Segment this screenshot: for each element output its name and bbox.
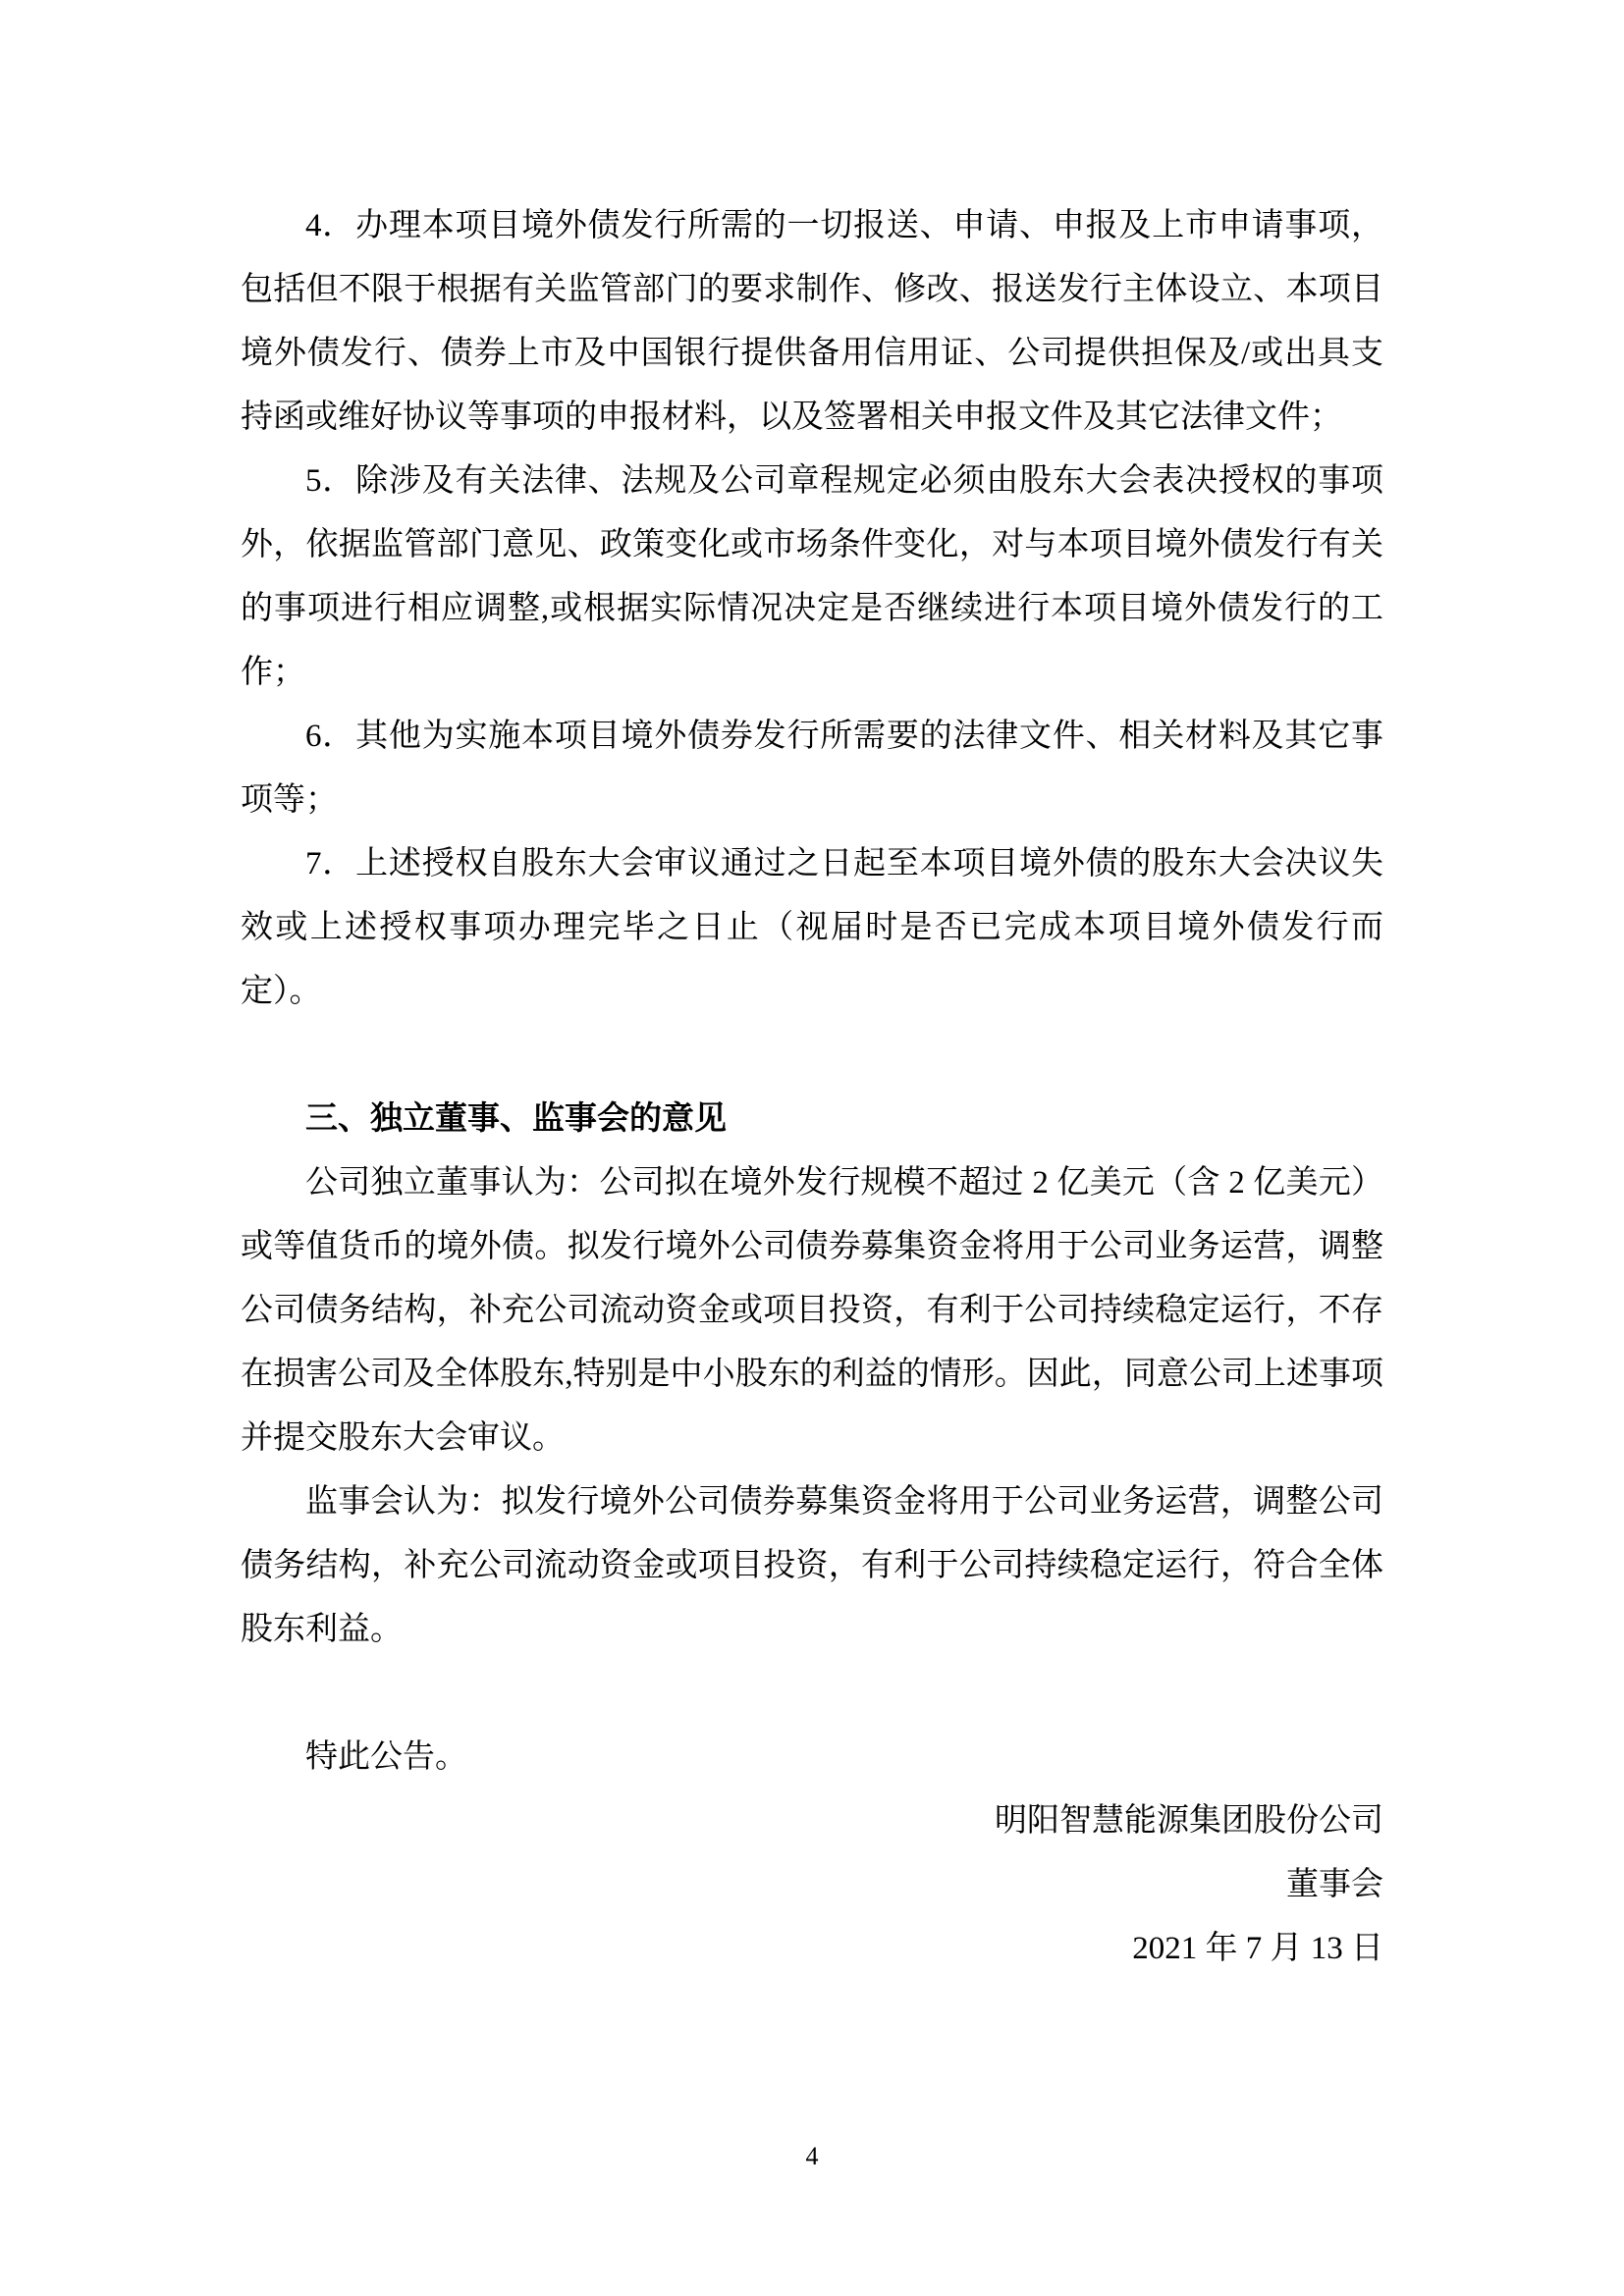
spacer bbox=[241, 1024, 1383, 1088]
page-number: 4 bbox=[0, 2142, 1624, 2171]
signature-company-name: 明阳智慧能源集团股份公司 bbox=[241, 1789, 1383, 1853]
paragraph-authorization-item-4: 4．办理本项目境外债发行所需的一切报送、申请、申报及上市申请事项，包括但不限于根… bbox=[241, 194, 1383, 450]
document-body: 4．办理本项目境外债发行所需的一切报送、申请、申报及上市申请事项，包括但不限于根… bbox=[241, 194, 1383, 1981]
paragraph-independent-directors-opinion: 公司独立董事认为：公司拟在境外发行规模不超过 2 亿美元（含 2 亿美元）或等值… bbox=[241, 1151, 1383, 1470]
section-heading: 三、独立董事、监事会的意见 bbox=[241, 1088, 1383, 1151]
paragraph-authorization-item-6: 6．其他为实施本项目境外债券发行所需要的法律文件、相关材料及其它事项等； bbox=[241, 705, 1383, 832]
spacer bbox=[241, 1662, 1383, 1726]
document-page: 4．办理本项目境外债发行所需的一切报送、申请、申报及上市申请事项，包括但不限于根… bbox=[0, 0, 1624, 2296]
paragraph-authorization-item-5: 5．除涉及有关法律、法规及公司章程规定必须由股东大会表决授权的事项外，依据监管部… bbox=[241, 450, 1383, 705]
signature-board-of-directors: 董事会 bbox=[241, 1853, 1383, 1917]
signature-date: 2021 年 7 月 13 日 bbox=[241, 1917, 1383, 1981]
closing-statement: 特此公告。 bbox=[241, 1726, 1383, 1789]
paragraph-authorization-item-7: 7．上述授权自股东大会审议通过之日起至本项目境外债的股东大会决议失效或上述授权事… bbox=[241, 832, 1383, 1024]
paragraph-supervisory-board-opinion: 监事会认为：拟发行境外公司债券募集资金将用于公司业务运营，调整公司债务结构，补充… bbox=[241, 1470, 1383, 1662]
